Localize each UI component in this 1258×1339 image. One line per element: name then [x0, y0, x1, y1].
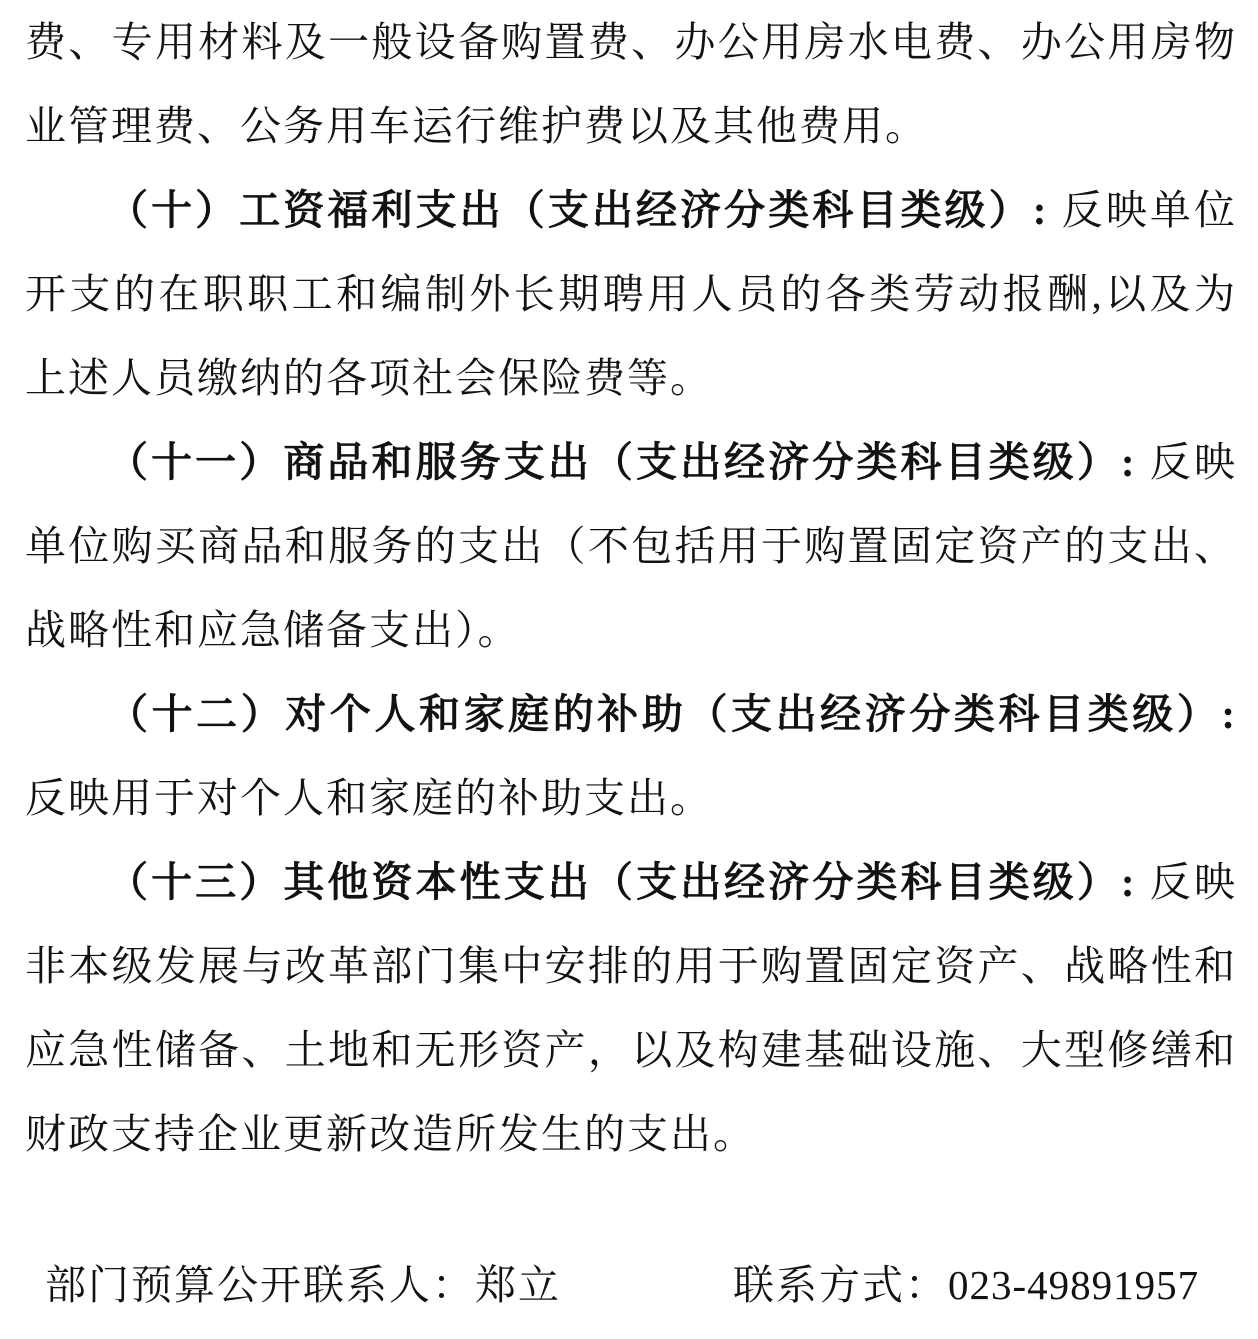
contact-name: 郑立: [475, 1262, 561, 1308]
budget-contact: 部门预算公开联系人：郑立: [45, 1243, 561, 1327]
phone-label: 联系方式：: [733, 1262, 948, 1308]
paragraph-heading: （十三）其他资本性支出（支出经济分类科目类级）:: [107, 859, 1137, 905]
paragraph-continuation: 费、专用材料及一般设备购置费、办公用房水电费、办公用房物业管理费、公务用车运行维…: [25, 0, 1237, 168]
paragraph-heading: （十）工资福利支出（支出经济分类科目类级）:: [107, 187, 1048, 233]
paragraph-item-12: （十二）对个人和家庭的补助（支出经济分类科目类级）: 反映用于对个人和家庭的补助…: [25, 672, 1237, 840]
paragraph-item-11: （十一）商品和服务支出（支出经济分类科目类级）: 反映单位购买商品和服务的支出（…: [25, 420, 1237, 672]
document-body: 费、专用材料及一般设备购置费、办公用房水电费、办公用房物业管理费、公务用车运行维…: [25, 0, 1237, 1176]
footer: 部门预算公开联系人：郑立 联系方式：023-49891957: [0, 1243, 1258, 1327]
contact-phone: 联系方式：023-49891957: [733, 1243, 1199, 1327]
paragraph-heading: （十一）商品和服务支出（支出经济分类科目类级）:: [107, 439, 1137, 485]
document-page: 费、专用材料及一般设备购置费、办公用房水电费、办公用房物业管理费、公务用车运行维…: [0, 0, 1258, 1339]
paragraph-body: 反映用于对个人和家庭的补助支出。: [25, 775, 713, 821]
paragraph-body: 费、专用材料及一般设备购置费、办公用房水电费、办公用房物业管理费、公务用车运行维…: [25, 19, 1237, 149]
paragraph-heading: （十二）对个人和家庭的补助（支出经济分类科目类级）:: [107, 691, 1237, 737]
phone-number: 023-49891957: [948, 1262, 1199, 1308]
contact-label: 部门预算公开联系人：: [45, 1262, 475, 1308]
paragraph-item-13: （十三）其他资本性支出（支出经济分类科目类级）: 反映非本级发展与改革部门集中安…: [25, 840, 1237, 1176]
paragraph-item-10: （十）工资福利支出（支出经济分类科目类级）: 反映单位开支的在职职工和编制外长期…: [25, 168, 1237, 420]
